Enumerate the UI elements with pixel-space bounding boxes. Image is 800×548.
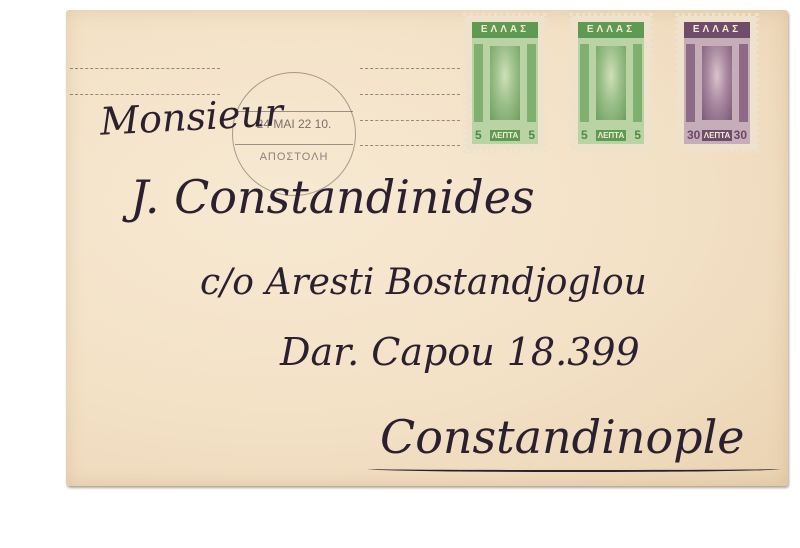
cancellation-line <box>70 68 220 69</box>
column-icon <box>527 44 536 122</box>
stamp-value: 5 <box>528 128 535 142</box>
postmark-town: ΑΠΟΣΤΟΛΗ <box>233 151 355 163</box>
hermes-figure-icon <box>490 46 520 120</box>
column-icon <box>580 44 589 122</box>
stamp-frame: ΕΛΛΑΣ 5 ΛΕΠΤΑ 5 <box>578 22 644 144</box>
address-care-of: c/o Aresti Bostandjoglou <box>200 262 647 303</box>
column-icon <box>686 44 695 122</box>
stamp-value-row: 5 ΛΕΠΤΑ 5 <box>472 126 538 144</box>
stamp-currency: ΛΕΠΤΑ <box>490 130 521 141</box>
stamp-value: 30 <box>734 128 747 142</box>
address-name: J. Constandinides <box>130 170 535 224</box>
column-icon <box>474 44 483 122</box>
cancellation-line <box>360 120 460 121</box>
stamp-1: ΕΛΛΑΣ 5 ΛΕΠΤΑ 5 <box>466 16 544 150</box>
stamp-country: ΕΛΛΑΣ <box>472 22 538 38</box>
hermes-figure-icon <box>702 46 732 120</box>
cancellation-line <box>360 94 460 95</box>
stamp-currency: ΛΕΠΤΑ <box>596 130 627 141</box>
column-icon <box>739 44 748 122</box>
stamp-frame: ΕΛΛΑΣ 30 ΛΕΠΤΑ 30 <box>684 22 750 144</box>
stamp-3: ΕΛΛΑΣ 30 ΛΕΠΤΑ 30 <box>678 16 756 150</box>
stamp-country: ΕΛΛΑΣ <box>684 22 750 38</box>
hermes-figure-icon <box>596 46 626 120</box>
stamp-frame: ΕΛΛΑΣ 5 ΛΕΠΤΑ 5 <box>472 22 538 144</box>
stamp-value: 5 <box>634 128 641 142</box>
stamp-country: ΕΛΛΑΣ <box>578 22 644 38</box>
address-city: Constandinople <box>380 410 745 464</box>
stamp-value: 30 <box>687 128 700 142</box>
stamp-currency: ΛΕΠΤΑ <box>702 130 733 141</box>
stamp-value-row: 5 ΛΕΠΤΑ 5 <box>578 126 644 144</box>
cancellation-line <box>360 145 460 146</box>
stamp-2: ΕΛΛΑΣ 5 ΛΕΠΤΑ 5 <box>572 16 650 150</box>
stamp-value: 5 <box>475 128 482 142</box>
city-underline <box>368 466 780 472</box>
address-street: Dar. Capou 18.399 <box>280 330 640 374</box>
column-icon <box>633 44 642 122</box>
stamp-value-row: 30 ΛΕΠΤΑ 30 <box>684 126 750 144</box>
cancellation-line <box>360 68 460 69</box>
stamp-value: 5 <box>581 128 588 142</box>
